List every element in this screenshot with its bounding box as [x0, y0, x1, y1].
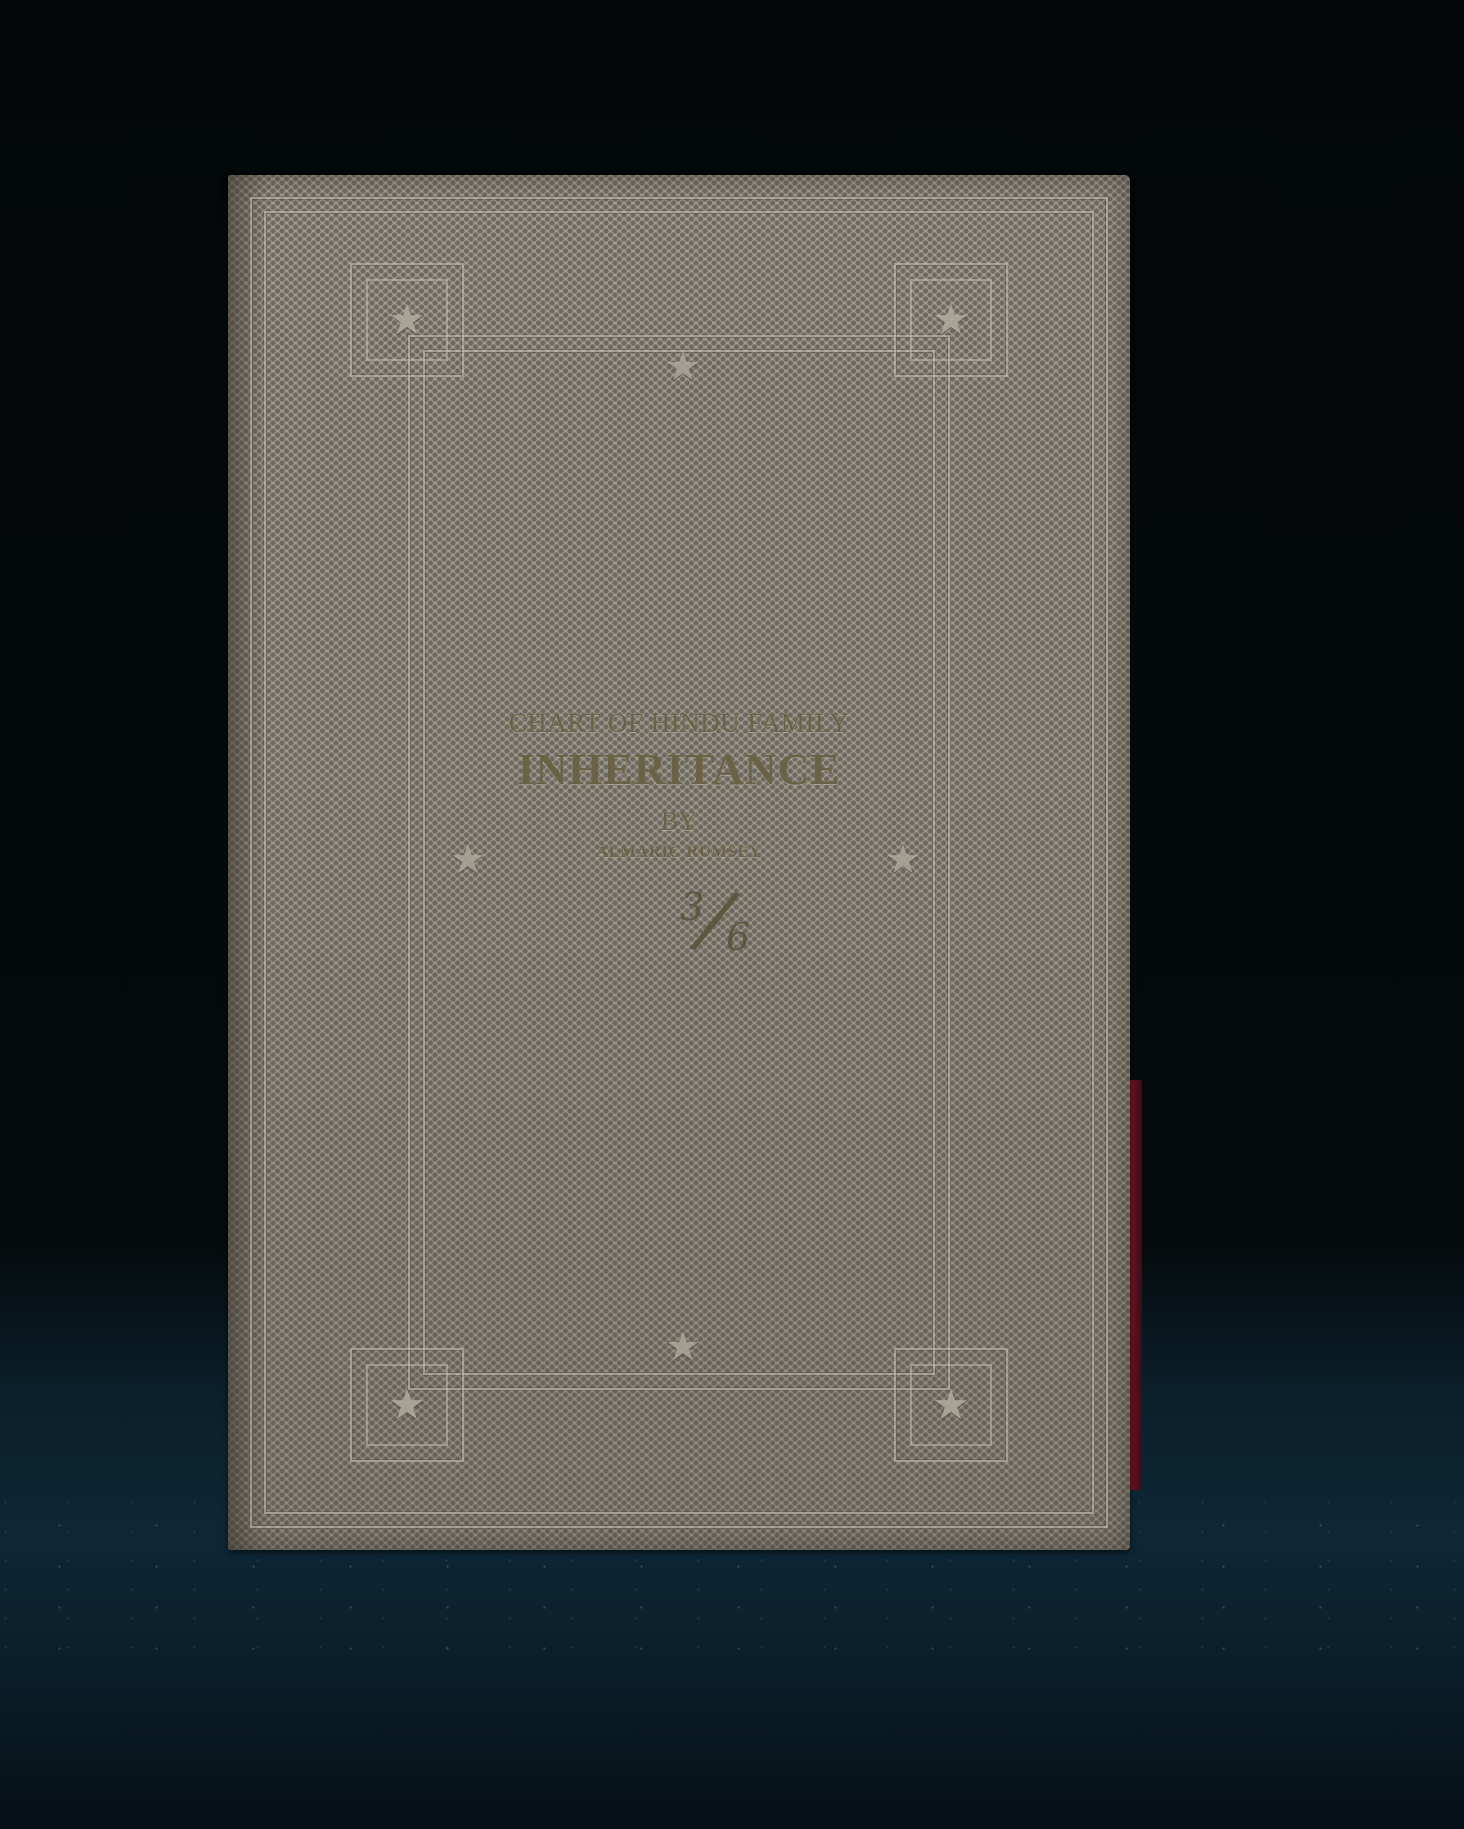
- star-icon: ★: [896, 1350, 1006, 1460]
- handwritten-price: 3 / 6: [658, 875, 778, 985]
- price-pence: 6: [726, 915, 750, 959]
- corner-ornament-bottom-right: ★: [894, 1348, 1008, 1462]
- author-name: ALMARIC RUMSEY: [228, 839, 1130, 867]
- by-label: BY: [228, 805, 1130, 839]
- star-icon-top-center: ★: [665, 347, 701, 387]
- book-cover: ★ ★ ★ ★ ★ ★ ★ ★ CHART OF HINDU FAMILY IN…: [228, 175, 1130, 1550]
- star-icon: ★: [352, 1350, 462, 1460]
- corner-ornament-bottom-left: ★: [350, 1348, 464, 1462]
- star-icon: ★: [896, 265, 1006, 375]
- corner-ornament-top-right: ★: [894, 263, 1008, 377]
- title-line-2: INHERITANCE: [228, 741, 1130, 799]
- star-icon-bottom-center: ★: [665, 1327, 701, 1367]
- corner-ornament-top-left: ★: [350, 263, 464, 377]
- star-icon: ★: [352, 265, 462, 375]
- cover-title-block: CHART OF HINDU FAMILY INHERITANCE BY ALM…: [228, 705, 1130, 867]
- title-line-1: CHART OF HINDU FAMILY: [228, 705, 1130, 741]
